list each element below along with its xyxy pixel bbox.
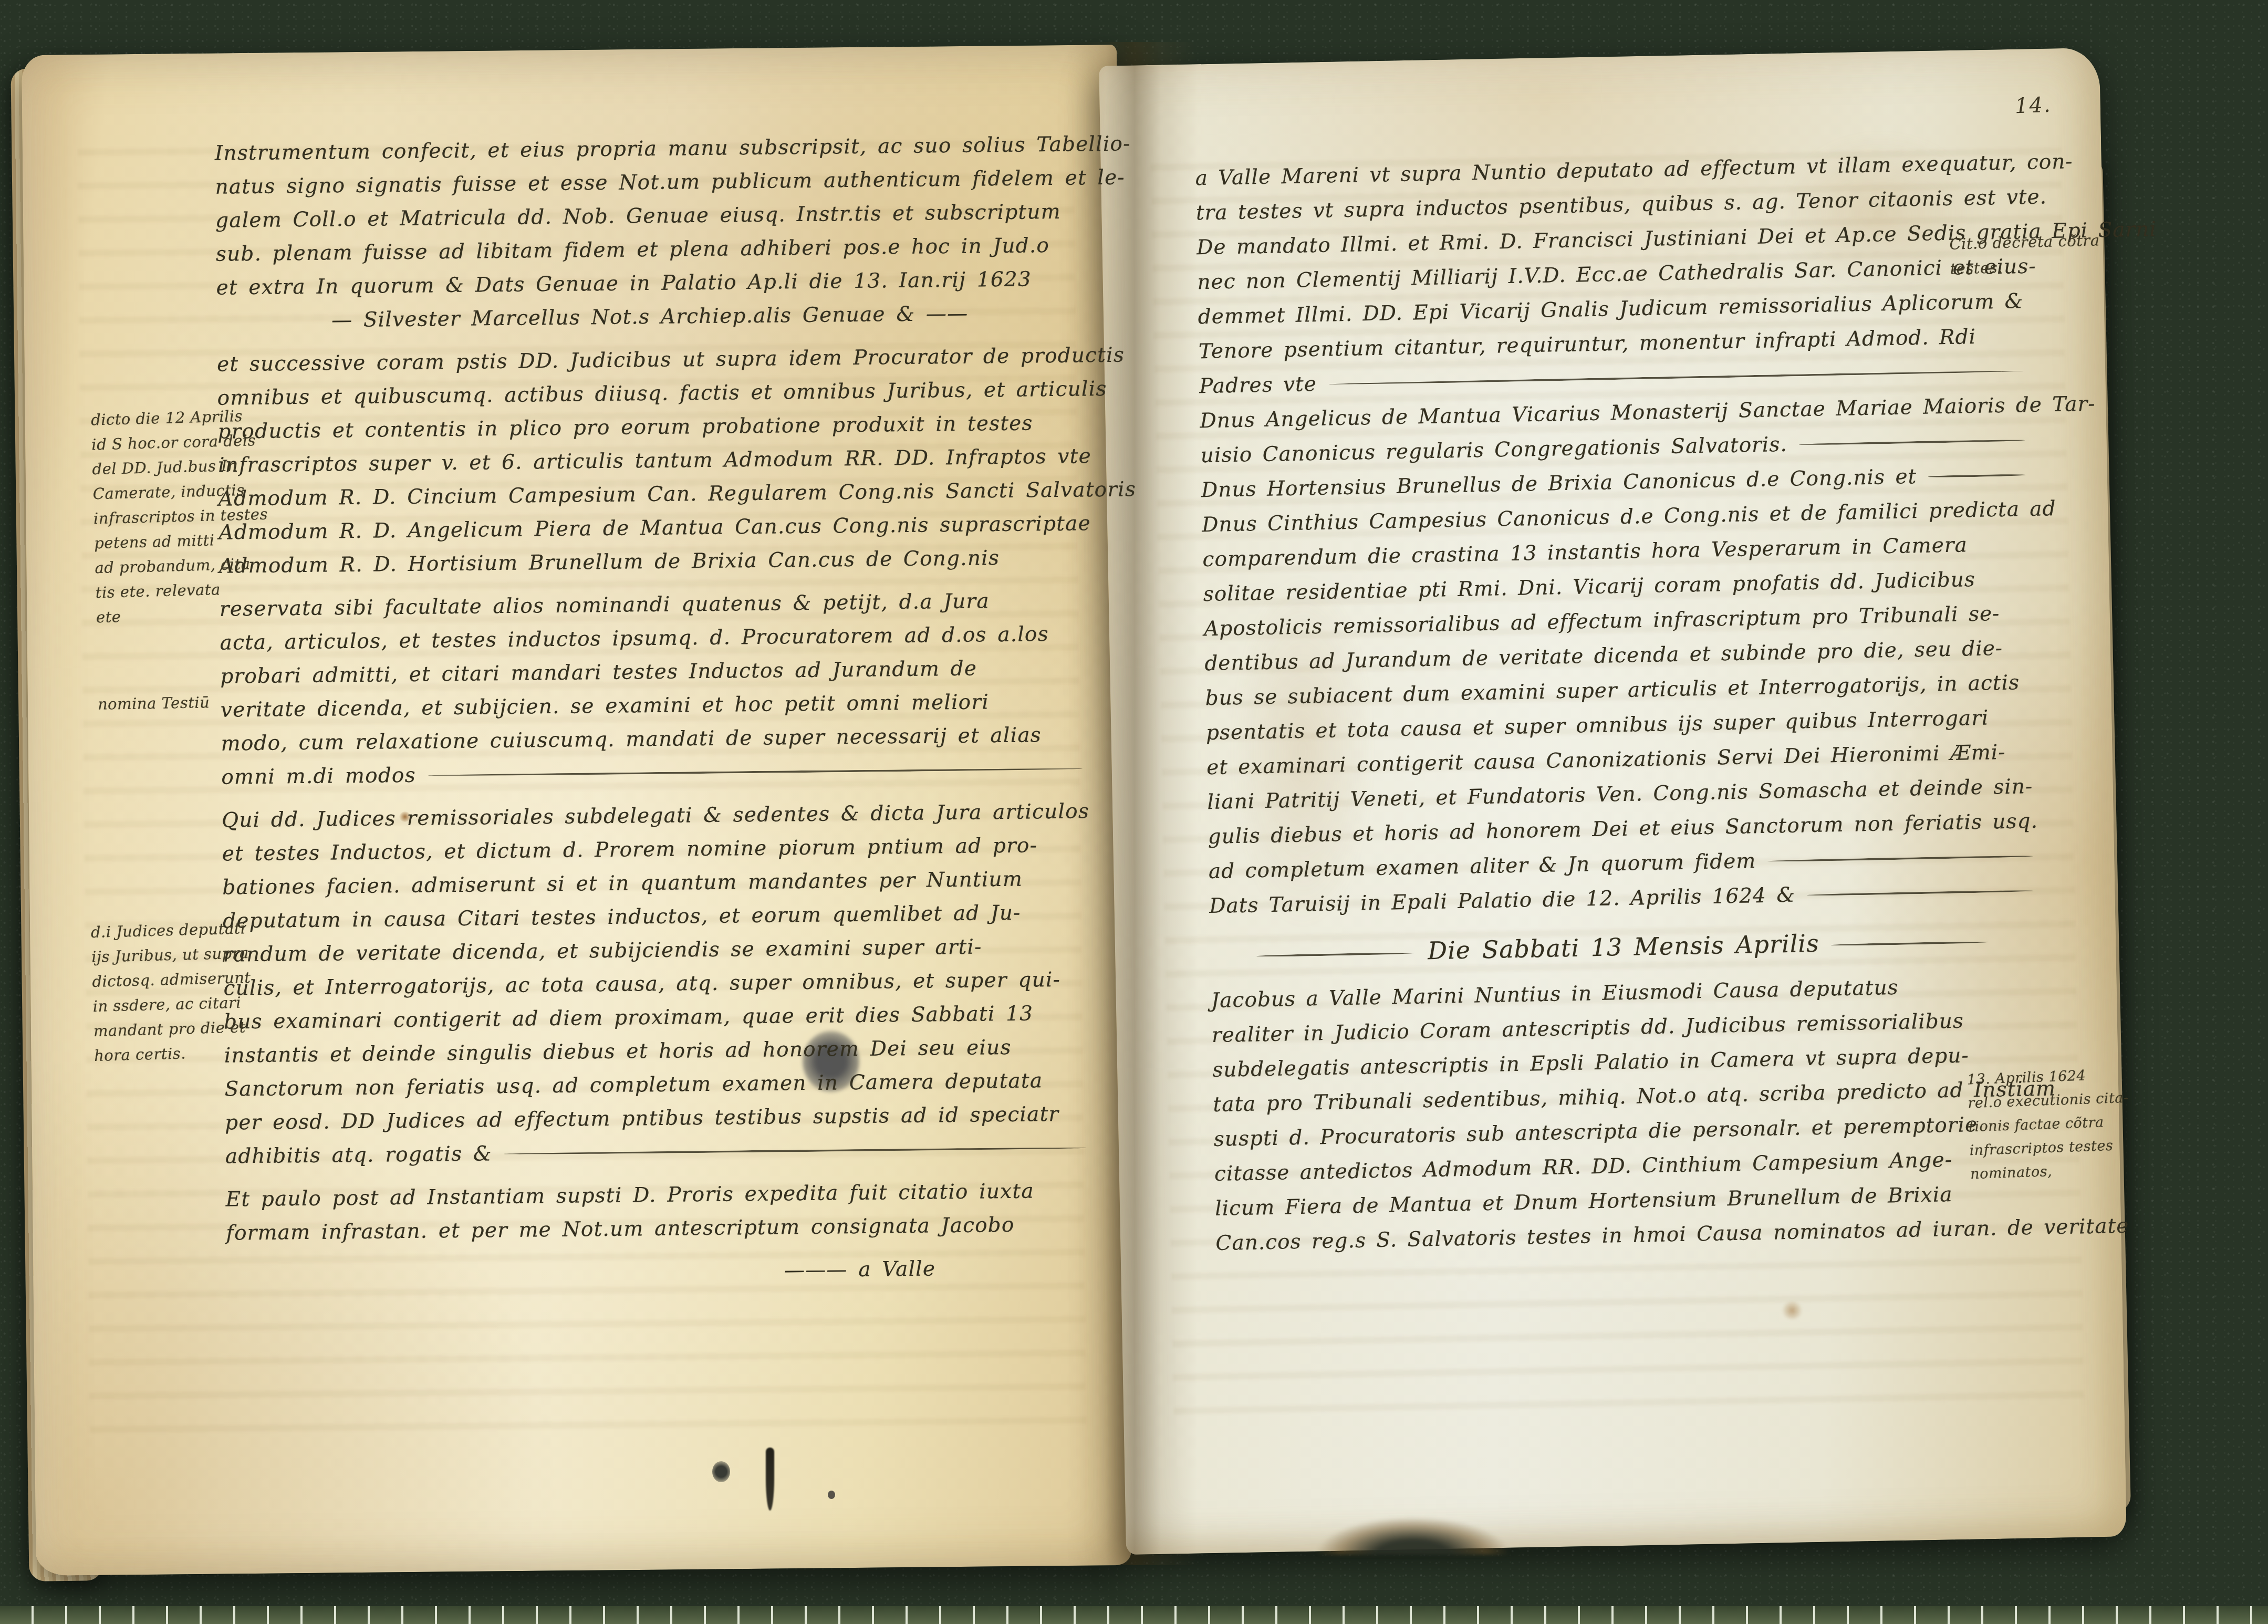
ink-rule [428,767,1083,776]
margin-note-line: in ssdere, ac citari [92,990,252,1019]
handwritten-text: d.i Judices deputati [90,916,246,945]
ink-rule [504,1147,1087,1155]
margin-note-line: d.i Judices deputati [90,916,249,945]
handwritten-text: Camerate, inductis [92,478,245,507]
handwritten-text: Padres vte [1199,367,1317,404]
handwritten-text: dictosq. admiserunt [92,965,251,994]
ink-spot [712,1461,730,1482]
manuscript-line: Die Sabbati 13 Mensis Aprilis [1210,922,2040,972]
left-page-text: Instrumentum confecit, et eius propria m… [215,128,1094,1293]
ink-rule [1831,941,1989,946]
left-margin-note-witness-names: nomina Testiū [98,690,210,717]
margin-note-line: ete [96,601,271,630]
handwritten-text: — Silvester Marcellus Not.s Archiep.alis… [331,297,969,338]
handwritten-text: testes. [1950,255,2003,282]
handwritten-text: ad probandum, cita [95,552,251,581]
folio-number: 14. [2014,93,2052,118]
right-page-text: a Valle Mareni vt supra Nuntio deputato … [1195,145,2046,1261]
handwritten-text: adhibitis atq. rogatis & [225,1137,493,1173]
handwritten-text: 13. Aprilis 1624 [1967,1064,2086,1092]
handwritten-text: dicto die 12 Aprilis [91,404,243,433]
ink-rule [1328,370,2024,385]
ink-rule [1928,474,2026,478]
handwritten-text: in ssdere, ac citari [92,991,242,1019]
left-margin-note-citation: dicto die 12 Aprilisid S hoc.or cora dei… [91,403,271,630]
handwritten-text: id S hoc.or cora deis [91,428,256,457]
margin-note-line: Cit.o decreta cõtra [1949,228,2100,256]
margin-note-line: nomina Testiū [98,690,210,717]
handwritten-text: petens ad mitti [94,528,215,556]
right-margin-note-citation-decree: Cit.o decreta cõtratestes. [1949,228,2101,281]
handwritten-text: infrascriptos testes [1969,1134,2114,1163]
margin-note-line: testes. [1950,253,2100,281]
ink-drip [766,1448,774,1511]
handwritten-text: del DD. Jud.bus In [92,453,238,482]
margin-note-line: dictosq. admiserunt [92,965,251,994]
ink-spot [828,1491,835,1499]
ink-rule [1767,855,2033,862]
handwritten-text: omni m.di modos [221,759,416,795]
handwritten-text: nomina Testiū [98,690,210,717]
manuscript-scan: 14. Instrumentum confecit, et eius propr… [0,0,2268,1624]
margin-note-line: infrascriptos in testes [93,502,268,532]
margin-note-line: hora certis. [94,1039,253,1068]
ink-rule [1799,439,2025,445]
handwritten-text: nominatos, [1970,1160,2052,1186]
handwritten-text: tis ete. relevata [95,577,221,605]
ruler-scale [0,1606,2268,1624]
foxing-spot [1782,1302,1803,1319]
margin-note-line: id S hoc.or cora deis [91,428,266,457]
ink-rule [1256,952,1414,957]
handwritten-text: ete [96,605,121,630]
margin-note-line: mandant pro die et [93,1015,252,1044]
handwritten-text: Cit.o decreta cõtra [1949,228,2100,256]
handwritten-text: ——— a Valle [784,1252,936,1287]
margin-note-line: ad probandum, cita [95,551,269,581]
handwritten-text: ijs Juribus, ut supra [91,941,249,970]
burnt-page-edge [1303,1507,1523,1555]
handwritten-text: infrascriptos in testes [93,502,268,532]
handwritten-text: mandant pro die et [93,1015,246,1044]
handwritten-text: hora certis. [94,1041,186,1068]
left-margin-note-decree: d.i Judices deputatiijs Juribus, ut supr… [90,916,253,1068]
margin-note-line: ijs Juribus, ut supra [91,941,251,970]
ink-rule [1807,890,2034,896]
handwritten-text: Die Sabbati 13 Mensis Aprilis [1428,926,1820,968]
right-margin-note-execution: 13. Aprilis 1624rel.o executionis cita-t… [1967,1063,2131,1186]
